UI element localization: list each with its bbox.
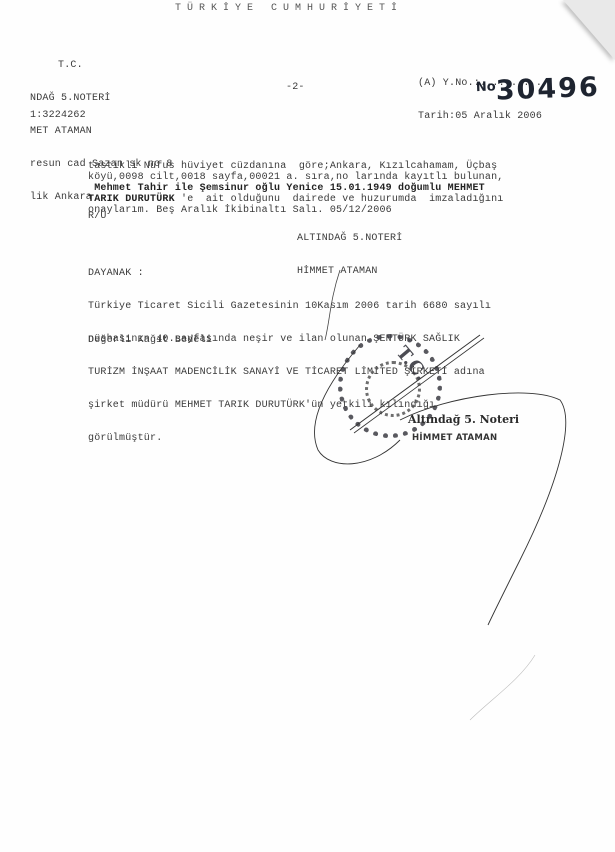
signature-stroke bbox=[0, 0, 615, 852]
document-page: TÜRKİYE CUMHURİYETİ T.C. NDAĞ 5.NOTERİ M… bbox=[0, 0, 615, 852]
